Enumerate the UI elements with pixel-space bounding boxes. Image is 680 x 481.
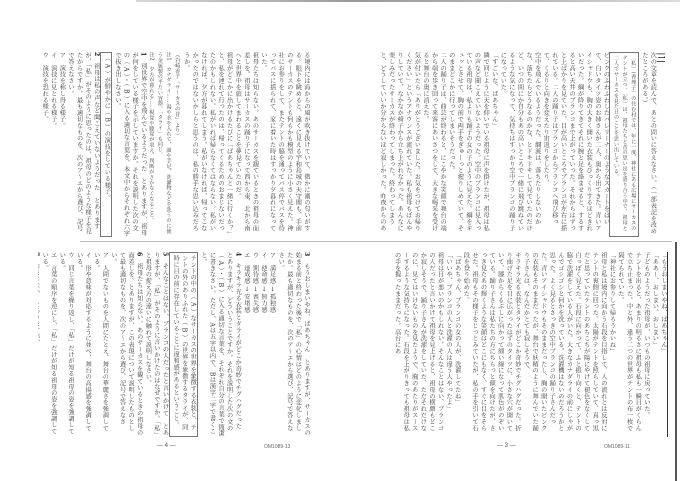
- answer-box-q1: （ A ）が鮮やかに（ B ）の演技をしている様子。: [100, 52, 113, 237]
- answer-box-q4: テントの中の（ A ）なサーカスの世界を象徴する衣装と、テントの外のありふれた（…: [169, 252, 199, 437]
- footnote: 注1 カナダライ……湯や水を入れて、顔や手足、洗濯物などを洗うのに使う金属製の平…: [155, 52, 172, 237]
- question-5: 5 そんなことはない、ブランコの人だったと言いかけて とありますが、「私」がその…: [143, 252, 169, 437]
- page4-top: る境内には海からの風が吹き抜けていて、微かに潮の匂いがする。眼下を眺めると、遠く…: [40, 52, 310, 237]
- passage-paragraph: 空中を飛んでいるようだった。綱渡は、落ちたりしないのかな、落ちたらどうなるのかな…: [498, 52, 541, 237]
- passage-paragraph: る境内には海からの風が吹き抜けていて、微かに潮の匂いがする。眼下を眺めると、遠く…: [258, 52, 310, 237]
- choice: イ 使命感 → 無力感: [258, 252, 267, 437]
- choice: ア 演技を称し得る様子。: [57, 52, 66, 237]
- footnote: 注2 夕方が暮れる……視覚や聴覚が衰え、判断がさかなくなること。: [147, 52, 156, 237]
- passage-paragraph: テントを出ると、あまりの明るさに祖母も私も一瞬目がくらんで立ち止まった。中と外、…: [615, 252, 641, 437]
- choice: ア 満足感 → 孤独感: [267, 252, 276, 437]
- question-1: 1 別世界で空中を飛んでいるようだった とありますが、祖母が何をしている様子を示…: [112, 52, 146, 237]
- page3-top: 三 次の文章を読んで、あとの問いに答えなさい。（一部表記を改めたところがある。）…: [380, 52, 665, 237]
- choice: ウ 同じ言葉を繰り返し、「私」だけが知る祖母の姿を強調している。: [57, 252, 74, 437]
- page-code-4: OM1089-13: [264, 444, 290, 450]
- passage-paragraph: 「もうおしまいやね、ばあちゃん」: [658, 252, 668, 437]
- question-4: 4 キラキラ光る衣装とタライがどこか奇妙でチグハグだった とありますが、どういう…: [198, 252, 241, 437]
- passage-paragraph: 「神社にお参りして帰ろうかいね」: [607, 252, 616, 437]
- question-3: 3 もうおしまいやね、ばあちゃん とありますが、サーカスの始まる前と終わった後で…: [276, 252, 310, 437]
- choice: ウ 期待感 → 喪失感: [250, 252, 259, 437]
- source-citation: （岩崎香子「サーカスの昔」より）: [173, 52, 182, 237]
- choice: イ 演技に見とれる様子。: [48, 52, 57, 237]
- passage-paragraph: キラキラ光る衣装とタライがどこか奇妙でチグハグだった。折り曲げた足を目に広がった…: [461, 252, 521, 437]
- passage-paragraph: 「ああー、おしまい、おしまい」: [650, 252, 659, 437]
- passage-paragraph: 祖母と私は境内に向かう石段を目指して、人の流れとは反対にテントの裏側に回った。太…: [521, 252, 607, 437]
- scan-right-edge: [675, 242, 677, 481]
- section-marker: 三: [656, 52, 665, 237]
- passage-paragraph: 祖母たちは知らない。あのサーカスを観ているときの祖母の面差しを。祖母はサーカスの…: [233, 52, 259, 237]
- passage-paragraph: 二人の踊り子は、曲芸が終わると、にこやかな笑顔で舞台の端から端を歩き回って来客に…: [420, 52, 446, 237]
- choice: エ 達成感 → 安堵感: [241, 252, 250, 437]
- page-number-3: — 3 —: [497, 443, 516, 449]
- page3-bottom: 「もうおしまいやね、ばあちゃん」 「ああー、おしまい、おしまい」 子どものようだ…: [378, 252, 668, 437]
- half-divider-line: [80, 241, 672, 242]
- scan-edge-shadow: [136, 0, 680, 2]
- passage-paragraph: 気が付いたら「ありがとうございました。お気をつけてお帰りください」というアナウン…: [380, 52, 420, 237]
- question-2: 2 祖母は私の声など聞こえていないようだった とありますが、「私」がそのように思…: [65, 52, 99, 237]
- passage-paragraph: 「いいや、ブランコの人と洗濯の人は違う人やったよ」: [444, 252, 453, 437]
- choice: ア 人間でないものを人間にたとえ、舞台の華麗さを強調している。: [91, 252, 108, 437]
- page4-bottom: 3 もうおしまいやね、ばあちゃん とありますが、サーカスの始まる前と終わった後で…: [38, 252, 310, 437]
- passage-paragraph: 祖母は目が悪いのかもしれない。そんなことはない、ブランコの人だったと言いかけて祖…: [392, 252, 444, 437]
- question-6: 6 祖母たちは知らない。あのサーカスを観ているときの祖母の面差しを。とありますが…: [108, 252, 142, 437]
- page-number-4: — 4 —: [157, 443, 176, 449]
- choice: ウ 演技を恐れる様子。: [40, 52, 48, 237]
- passage-paragraph: 子どものようだった祖母が、いつもの祖母に戻っていた。: [641, 252, 650, 437]
- question-7: 7 おまじない とありますが、: [38, 252, 40, 437]
- choice: エ 言葉の順序を逆にし、「私」だけが知る祖母の姿を強調している。: [40, 252, 57, 437]
- passage-paragraph: 「すごいな、ばあちゃん」: [489, 52, 498, 237]
- passage-paragraph: 祖母がどこかに出かけるたびに「ばあちゃんと一緒に行くか？」と、私を連れて行ったの…: [181, 52, 233, 237]
- passage-paragraph: 「ばあちゃん、ブランコの女の人が、洗濯してたね」: [452, 252, 461, 437]
- instruction: 次の文章を読んで、あとの問いに答えなさい。（一部表記を改めたところがある。）: [639, 52, 656, 237]
- page-code-3: OM1089-11: [604, 444, 630, 450]
- passage-paragraph: 隣で同じように天を仰いでいる祖母に声を掛けたが、祖母は私の声など聞こえていないよ…: [446, 52, 489, 237]
- choice: イ 形や意味が対応するように並べ、舞台の高揚感を強調している。: [74, 252, 91, 437]
- intro-box: 〔私〕（香理子）の住む村では、年に一度、神社にある広場にサーカスのテントが立つ。…: [609, 52, 639, 237]
- passage-paragraph: ピンクのふわふわしたバレリーナーのようなスカートをはいて、白いタイツ姿のお姉さん…: [541, 52, 610, 237]
